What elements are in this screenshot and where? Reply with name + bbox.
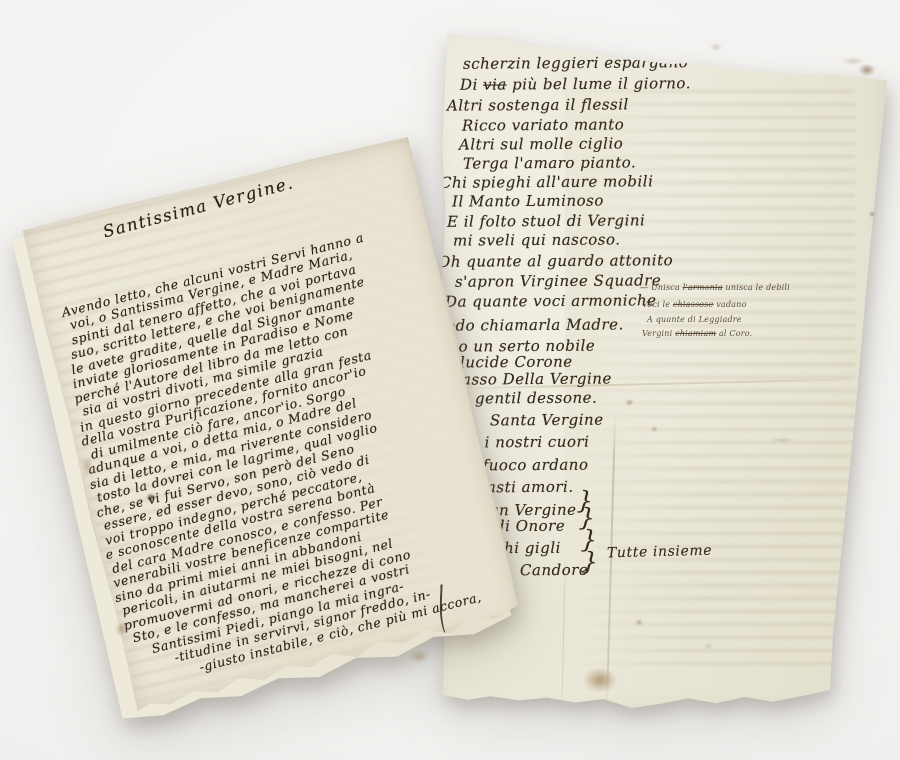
left-manuscript-page: Santissima Vergine. Avendo letto, che al… xyxy=(20,135,526,715)
left-page-shadow-wrap: Santissima Vergine. Avendo letto, che al… xyxy=(0,0,900,760)
letter-body: Avendo letto, che alcuni vostri Servi ha… xyxy=(20,135,409,228)
photograph-scene: scherzin leggieri esparganoDi via più be… xyxy=(0,0,900,760)
manuscript-title: Santissima Vergine. xyxy=(101,173,296,241)
